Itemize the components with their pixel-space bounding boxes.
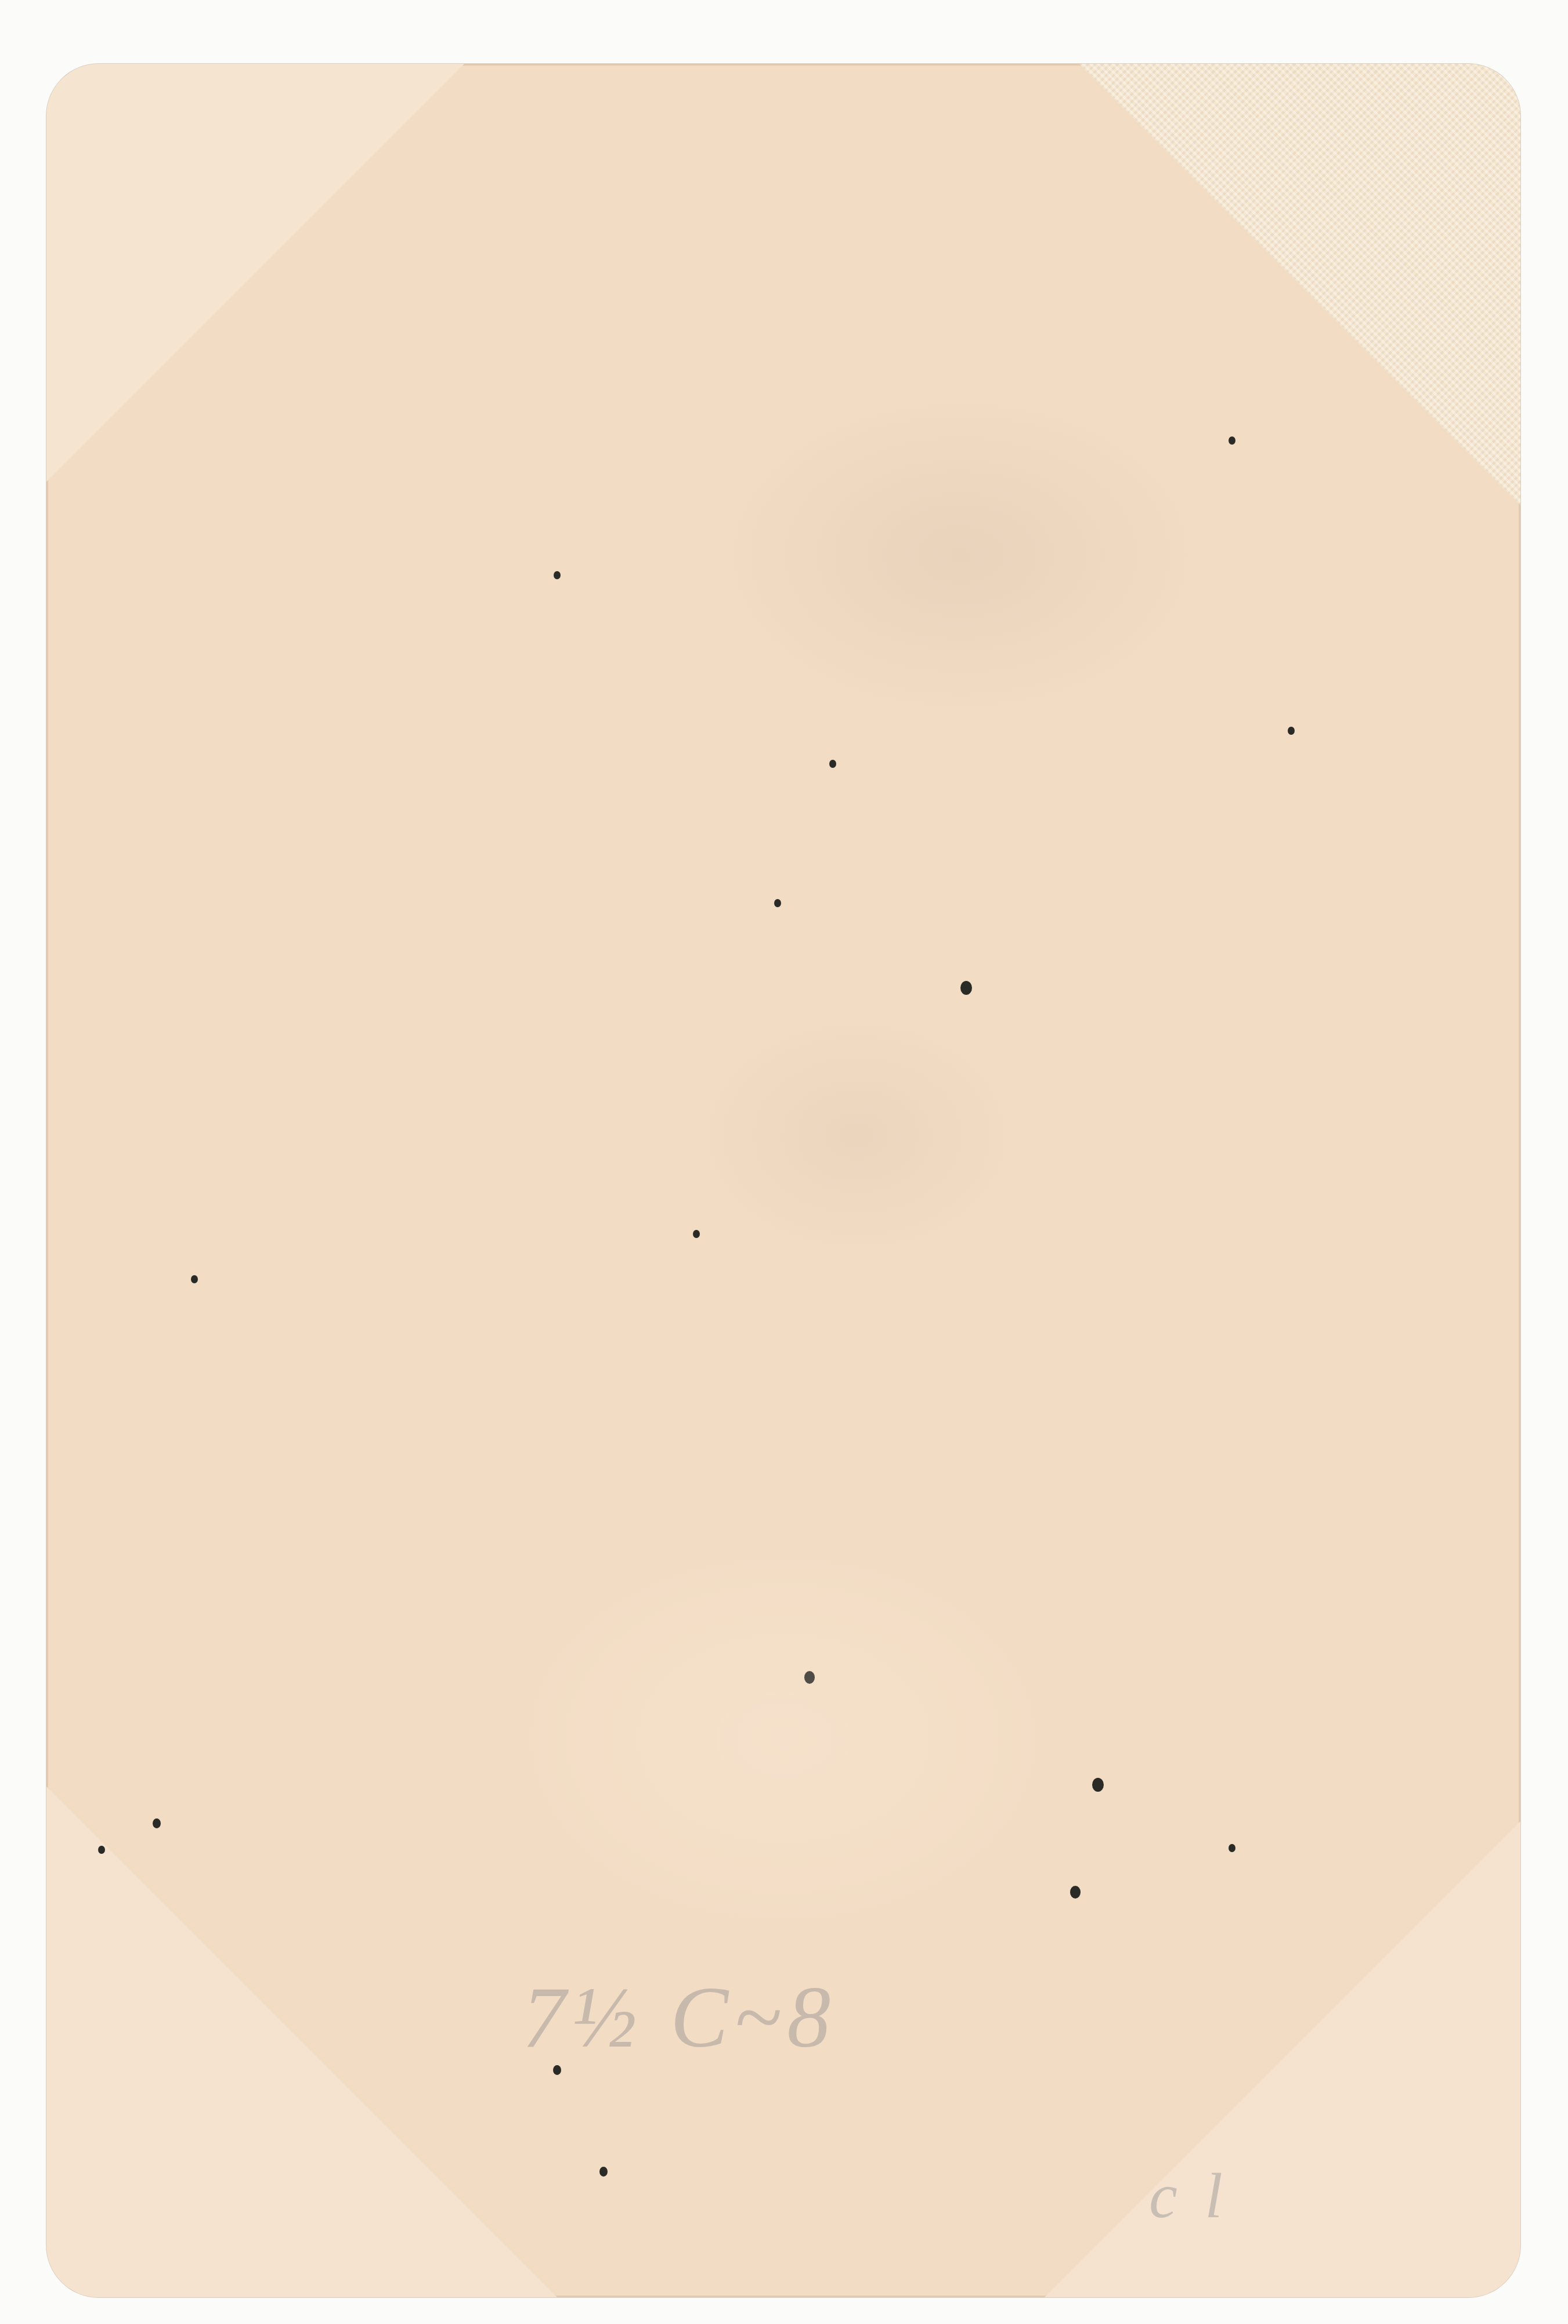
corner-mount-top-right-linen <box>1079 64 1520 505</box>
ink-speck <box>191 1275 198 1283</box>
ink-speck <box>1288 727 1295 735</box>
ink-speck <box>960 981 972 995</box>
cabinet-card-back: 7½ C~8 c l <box>46 64 1520 2297</box>
ink-speck <box>1229 1844 1235 1852</box>
ink-speck <box>599 2167 608 2177</box>
ink-speck <box>1070 1886 1081 1899</box>
corner-mount-top-left <box>46 64 464 482</box>
ink-speck <box>553 2065 561 2075</box>
pencil-mark: c l <box>1149 2159 1229 2233</box>
corner-mount-bottom-right <box>1045 1821 1520 2297</box>
ink-speck <box>1092 1778 1104 1792</box>
ink-speck <box>1229 436 1235 445</box>
ink-speck <box>153 1818 161 1828</box>
ink-speck <box>804 1671 815 1684</box>
corner-mount-bottom-left <box>46 1787 557 2297</box>
ink-speck <box>693 1230 700 1238</box>
pencil-inscription: 7½ C~8 <box>522 1968 836 2067</box>
ink-speck <box>554 571 561 579</box>
ink-speck <box>829 760 836 768</box>
ink-speck <box>774 899 781 907</box>
